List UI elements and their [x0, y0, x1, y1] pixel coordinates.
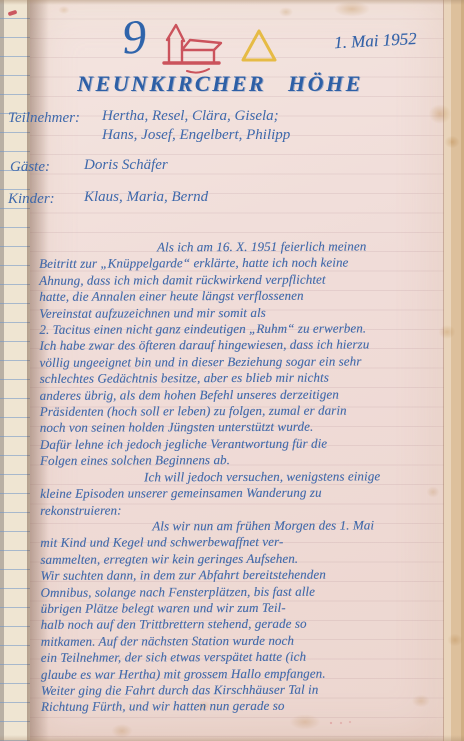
children-names: Klaus, Maria, Bernd	[84, 189, 208, 206]
handwritten-line: völlig ungeeignet bin und in dieser Bezi…	[39, 353, 447, 371]
handwritten-line: Ich will jedoch versuchen, wenigstens ei…	[40, 468, 448, 486]
handwritten-line: Als ich am 16. X. 1951 feierlich meinen	[39, 238, 447, 256]
participants-line: Hertha, Resel, Clära, Gisela;	[102, 107, 290, 126]
handwritten-line: Wir suchten dann, in dem zur Abfahrt ber…	[40, 566, 448, 584]
handwritten-line: Dafür lehne ich jedoch jegliche Verantwo…	[40, 435, 448, 453]
handwritten-line: noch von seinen holden Jüngsten unterstü…	[40, 419, 448, 437]
handwritten-line: Folgen eines solchen Beginnens ab.	[40, 451, 448, 469]
handwritten-line: Omnibus, solange nach Fensterplätzen, bi…	[40, 583, 448, 601]
scanned-journal-page: 9 1. Mai 1952 NEUNKIRCHER HÖHE Teilnehme…	[0, 0, 464, 741]
guests-names: Doris Schäfer	[84, 157, 168, 174]
handwritten-line: Weiter ging die Fahrt durch das Kirschhä…	[41, 681, 449, 699]
handwritten-line: übrigen Plätze belegt waren und wir zum …	[41, 599, 449, 617]
guests-label: Gäste:	[10, 159, 50, 176]
handwritten-line: rekonstruieren:	[40, 501, 448, 519]
participants-names: Hertha, Resel, Clära, Gisela; Hans, Jose…	[102, 107, 290, 144]
handwritten-line: hatte, die Annalen einer heute längst ve…	[39, 287, 447, 305]
page-top-edge	[0, 0, 464, 5]
participants-label: Teilnehmer:	[8, 110, 80, 127]
handwritten-line: 2. Tacitus einen nicht ganz eindeutigen …	[39, 320, 447, 338]
page-title: NEUNKIRCHER HÖHE	[55, 71, 385, 97]
trip-number: 9	[120, 13, 147, 63]
page-bottom-edge	[0, 735, 464, 741]
handwritten-line: Richtung Fürth, und wir hatten nun gerad…	[41, 697, 449, 715]
handwritten-line: Präsidenten (hoch soll er leben) zu folg…	[40, 402, 448, 420]
handwritten-line: schlechtes Gedächtnis besitze, aber es b…	[40, 369, 448, 387]
triangle-sketch-icon	[239, 28, 279, 64]
children-label: Kinder:	[8, 191, 55, 208]
handwritten-line: ein Teilnehmer, der sich etwas verspätet…	[41, 648, 449, 666]
handwritten-line: Ahnung, dass ich mich damit rückwirkend …	[39, 271, 447, 289]
handwritten-line: mit Kind und Kegel und schwerbewaffnet v…	[40, 533, 448, 551]
journal-body: Als ich am 16. X. 1951 feierlich meinen …	[39, 238, 449, 716]
handwritten-line: Ich habe zwar des öfteren darauf hingewi…	[39, 337, 447, 355]
handwritten-line: Als wir nun am frühen Morgen des 1. Mai	[40, 517, 448, 535]
handwritten-line: glaube es war Hertha) mit grossem Hallo …	[41, 665, 449, 683]
handwritten-line: mitkamen. Auf der nächsten Station wurde…	[41, 632, 449, 650]
handwritten-line: sammelten, erregten wir kein geringes Au…	[40, 550, 448, 568]
handwritten-line: anderes übrig, als dem hohen Befehl unse…	[40, 386, 448, 404]
handwritten-line: kleine Episoden unserer gemeinsamen Wand…	[40, 484, 448, 502]
handwritten-line: halb noch auf den Trittbrettern stehend,…	[41, 615, 449, 633]
handwritten-line: Beitritt zur „Knüppelgarde“ erklärte, ha…	[39, 255, 447, 273]
participants-line: Hans, Josef, Engelbert, Philipp	[102, 126, 290, 145]
handwritten-line: Vereinstat aufzuzeichnen und mir somit a…	[39, 304, 447, 322]
church-sketch-icon	[157, 23, 229, 75]
